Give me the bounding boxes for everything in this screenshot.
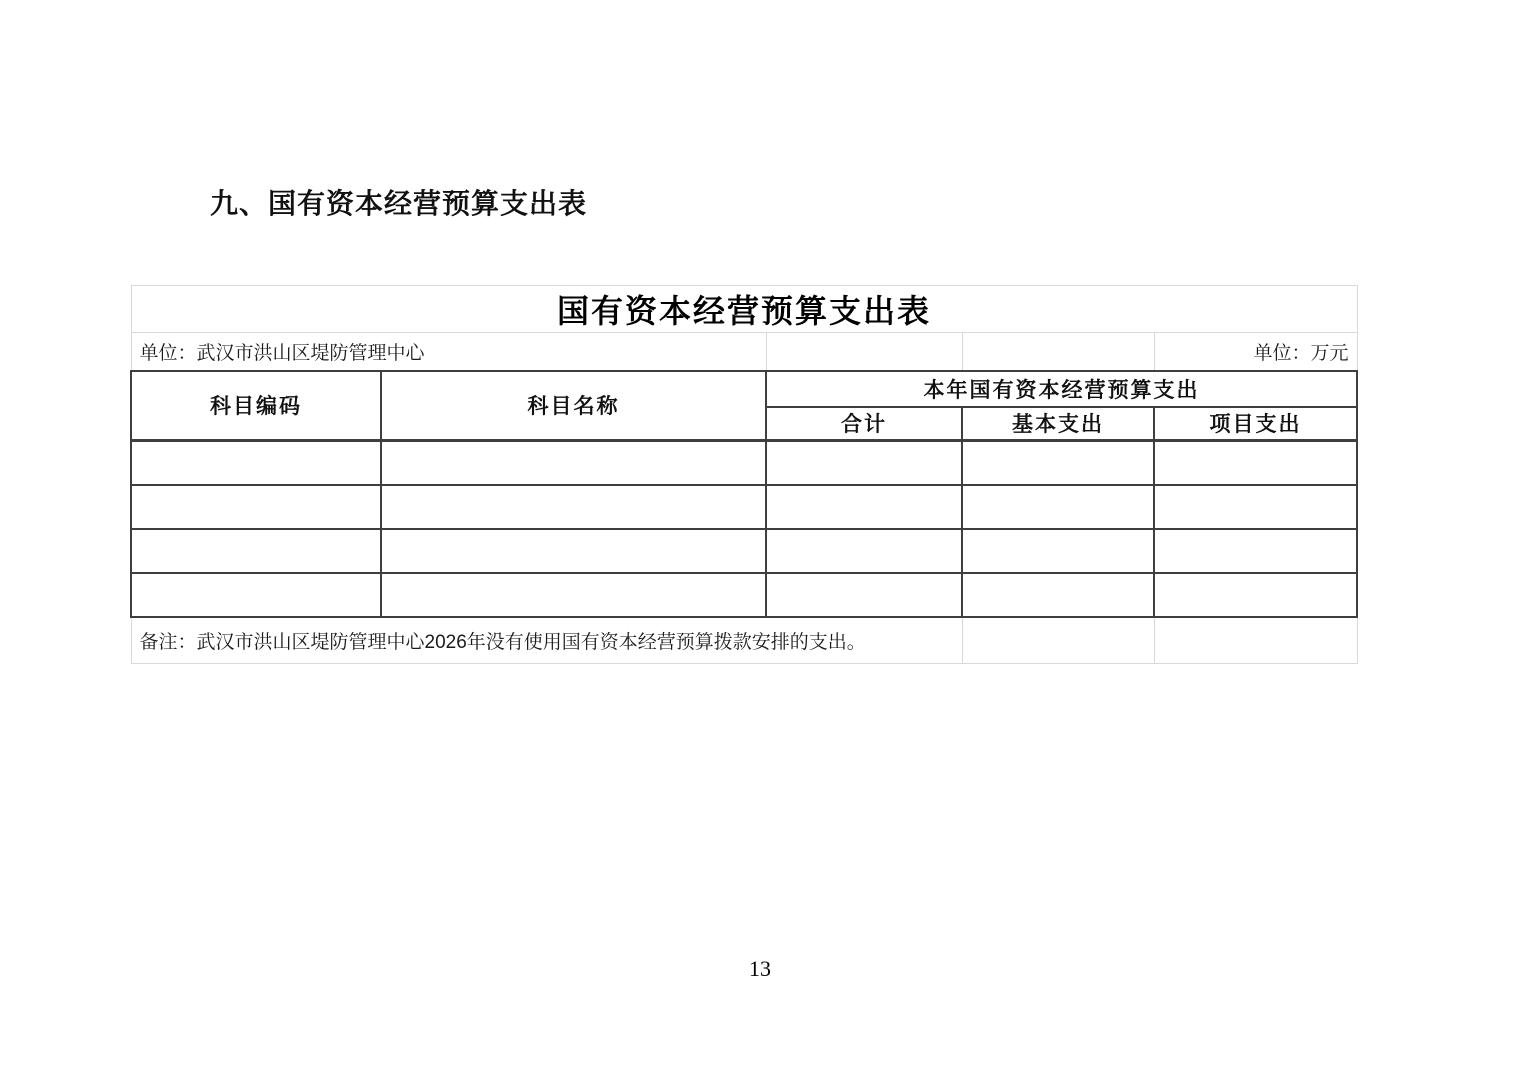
table-cell <box>131 441 381 485</box>
table-cell <box>1154 529 1357 573</box>
table-cell <box>766 529 962 573</box>
budget-expenditure-table: 国有资本经营预算支出表 单位：武汉市洪山区堤防管理中心 单位：万元 科目编码 科… <box>130 285 1358 664</box>
page-number: 13 <box>0 956 1520 982</box>
table-cell <box>962 573 1154 617</box>
table-row <box>131 529 1357 573</box>
table-cell <box>962 441 1154 485</box>
table-cell <box>381 529 766 573</box>
unit-name-label: 单位：武汉市洪山区堤防管理中心 <box>131 333 766 371</box>
table-cell <box>1154 573 1357 617</box>
table-cell <box>766 573 962 617</box>
table-cell <box>381 441 766 485</box>
table-cell <box>131 573 381 617</box>
table-title: 国有资本经营预算支出表 <box>131 286 1357 333</box>
table-note-section: 备注：武汉市洪山区堤防管理中心2026年没有使用国有资本经营预算拨款安排的支出。 <box>131 617 1357 664</box>
note-row-empty-cell <box>962 617 1154 664</box>
col-header-total: 合计 <box>766 407 962 441</box>
table-cell <box>1154 485 1357 529</box>
unit-row-empty-cell <box>766 333 962 371</box>
col-header-subject-code: 科目编码 <box>131 371 381 441</box>
table-cell <box>766 441 962 485</box>
document-page: 九、国有资本经营预算支出表 国有资本经营预算支出表 单位：武汉市洪山区堤防管理中… <box>0 0 1520 1074</box>
page-heading: 九、国有资本经营预算支出表 <box>210 182 587 222</box>
note-row: 备注：武汉市洪山区堤防管理中心2026年没有使用国有资本经营预算拨款安排的支出。 <box>131 617 1357 664</box>
col-header-project-expenditure: 项目支出 <box>1154 407 1357 441</box>
table-cell <box>381 485 766 529</box>
table-top-section: 国有资本经营预算支出表 单位：武汉市洪山区堤防管理中心 单位：万元 科目编码 科… <box>131 286 1357 441</box>
unit-row-empty-cell <box>962 333 1154 371</box>
table-cell <box>766 485 962 529</box>
note-row-empty-cell <box>1154 617 1357 664</box>
table-row <box>131 573 1357 617</box>
col-header-subject-name: 科目名称 <box>381 371 766 441</box>
unit-measure-label: 单位：万元 <box>1154 333 1357 371</box>
table-note: 备注：武汉市洪山区堤防管理中心2026年没有使用国有资本经营预算拨款安排的支出。 <box>131 617 962 664</box>
table-title-row: 国有资本经营预算支出表 <box>131 286 1357 333</box>
table-row <box>131 441 1357 485</box>
table-cell <box>381 573 766 617</box>
table-cell <box>962 529 1154 573</box>
table-cell <box>131 529 381 573</box>
col-header-basic-expenditure: 基本支出 <box>962 407 1154 441</box>
empty-rows <box>131 441 1357 617</box>
table-cell <box>1154 441 1357 485</box>
col-header-current-year-group: 本年国有资本经营预算支出 <box>766 371 1357 407</box>
table-cell <box>131 485 381 529</box>
unit-row: 单位：武汉市洪山区堤防管理中心 单位：万元 <box>131 333 1357 371</box>
table-row <box>131 485 1357 529</box>
table-cell <box>962 485 1154 529</box>
header-row-group: 科目编码 科目名称 本年国有资本经营预算支出 <box>131 371 1357 407</box>
